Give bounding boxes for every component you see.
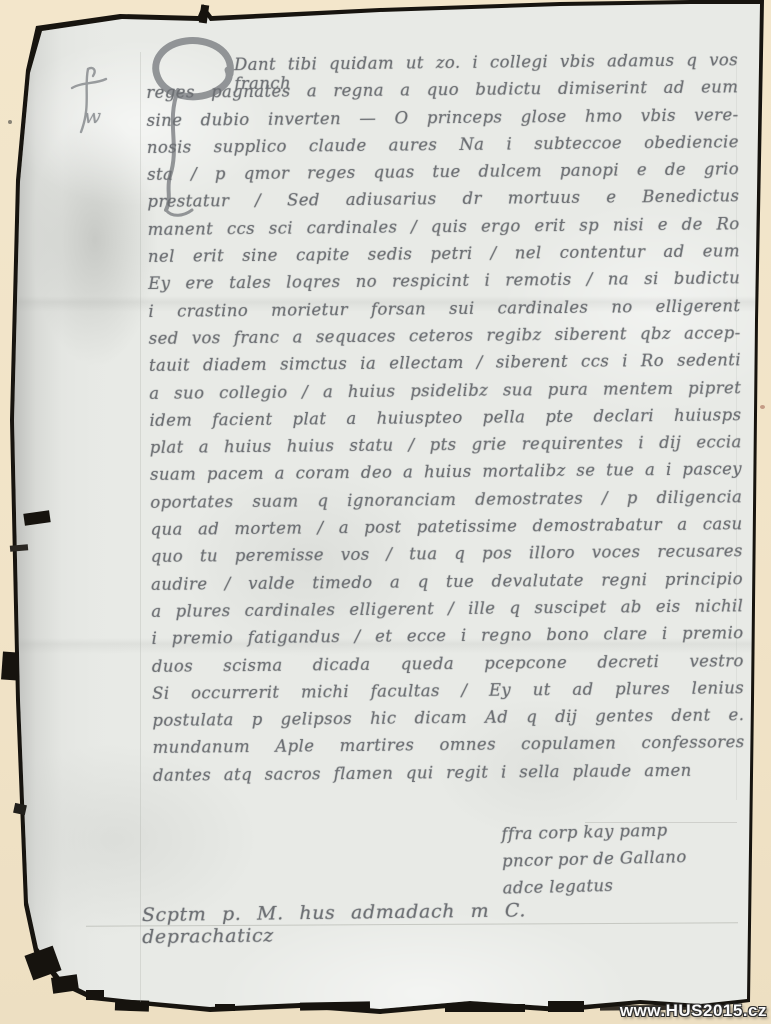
signature-block: ffra corp kay pamp pncor por de Gallano … [501,815,723,901]
scanned-manuscript: w Dant tibi quidam ut zo. i collegi vbis… [0,0,771,1024]
signature-line: adce legatus [502,869,723,901]
paper-speck [8,120,12,124]
paper-speck [760,405,765,409]
colophon-line: Scptm p. M. hus admadach m C. deprachati… [142,898,643,948]
watermark: www.HUS2015.cz [620,1001,767,1021]
edge-tear [215,1004,235,1011]
edge-tear [548,1001,584,1012]
edge-tear [86,990,104,1000]
edge-tear [445,1004,525,1012]
edge-tear [13,803,27,815]
manuscript-line: dantes atq sacros flamen qui regit i sel… [153,760,745,793]
margin-note: w [84,104,101,128]
edge-tear [115,999,149,1011]
margin-cross-mark-icon [68,64,112,140]
edge-tear [1,651,19,680]
manuscript-body: Dant tibi quidam ut zo. i collegi vbis a… [146,50,745,793]
edge-tear [300,1001,370,1010]
